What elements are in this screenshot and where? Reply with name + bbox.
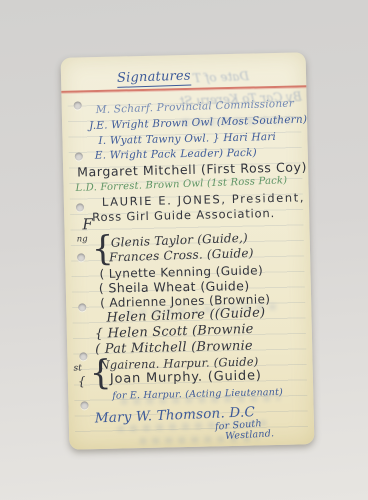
signature-line: J.E. Wright Brown Owl (Most Southern) [89,113,307,131]
signature-line: M. Scharf. Provincial Commissioner [96,98,295,117]
margin-mark: F [82,215,93,233]
punch-hole [76,203,84,211]
signature-line: E. Wright Pack Leader) Pack) [95,147,257,162]
signature-line: Joan Murphy. (Guide) [110,368,262,386]
photo-background: Date of T By Car To Kereru St Signatures… [0,0,368,500]
punch-hole [79,352,87,360]
notebook-page: Date of T By Car To Kereru St Signatures… [61,52,315,449]
bleed-through-text: Date of T [193,69,250,85]
punch-hole [80,401,88,409]
punch-hole [75,152,83,160]
page-title: Signatures [117,69,191,88]
signature-line: Ross Girl Guide Association. [92,206,275,224]
punch-hole [78,303,86,311]
signature-line: for E. Harpur. (Acting Lieutenant) [112,387,283,402]
margin-mark: st [74,363,82,373]
punch-hole [77,253,85,261]
margin-mark: ng [77,234,88,244]
margin-mark: { [78,374,86,388]
signature-line: Westland. [225,428,275,442]
signature-line: I. Wyatt Tawny Owl. } Hari Hari [98,131,276,147]
punch-hole [74,101,82,109]
